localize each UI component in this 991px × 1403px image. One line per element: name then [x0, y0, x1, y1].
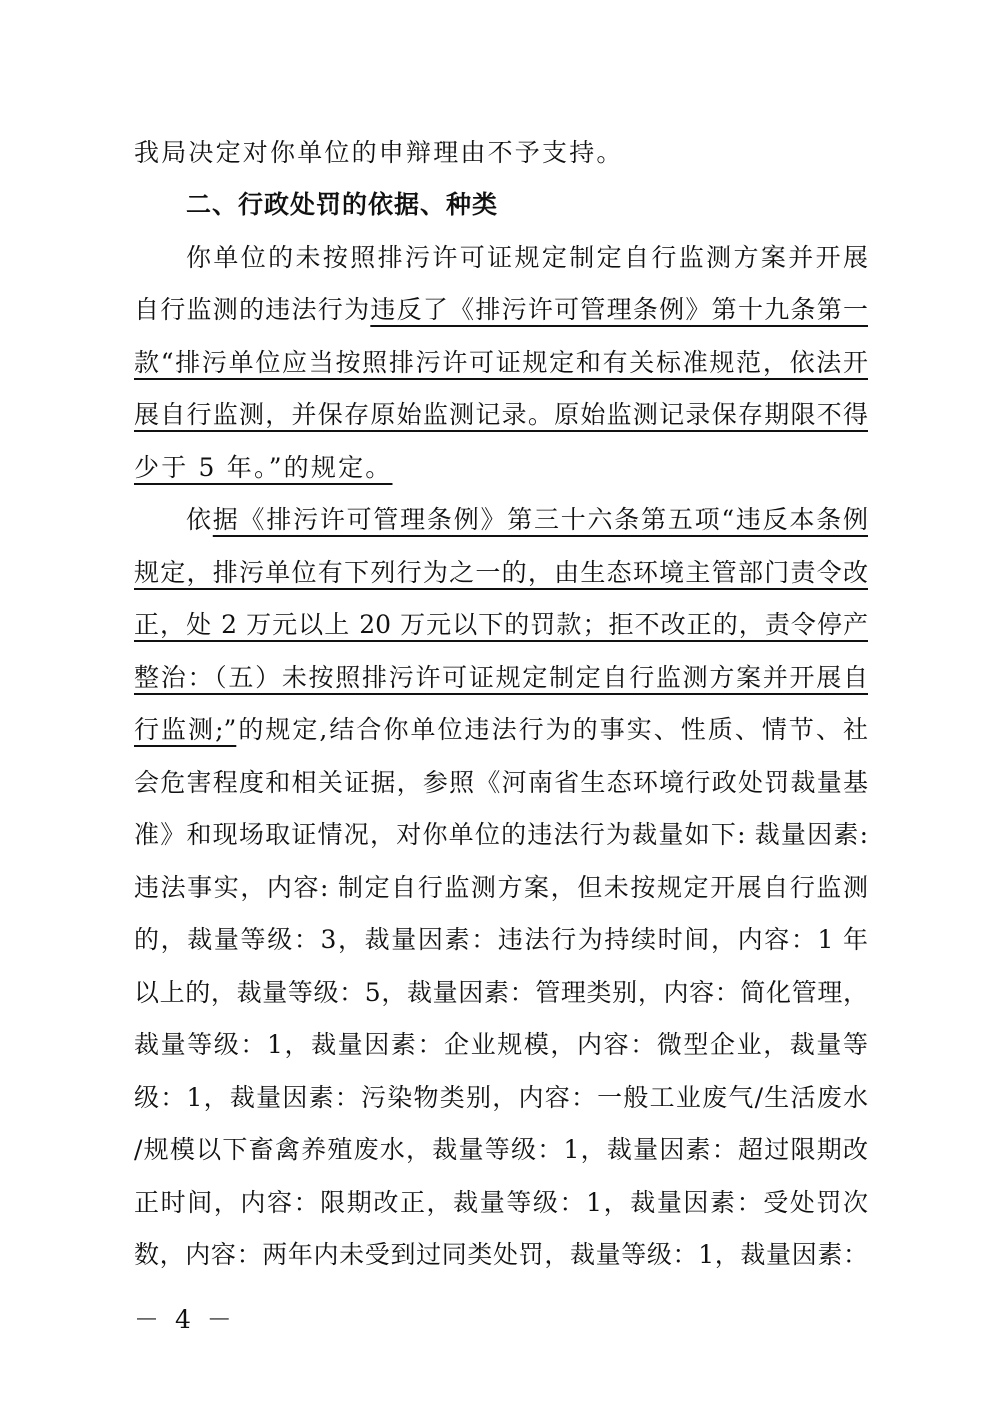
paragraph-line: 数，内容：两年内未受到过同类处罚，裁量等级：1，裁量因素：	[134, 1235, 868, 1275]
paragraph-line: 裁量等级：1，裁量因素：企业规模，内容：微型企业，裁量等	[134, 1025, 868, 1065]
text-span: 我局决定对你单位的申辩理由不予支持。	[134, 138, 624, 167]
paragraph-line: 款“排污单位应当按照排污许可证规定和有关标准规范，依法开	[134, 343, 868, 383]
paragraph-line: 级：1，裁量因素：污染物类别，内容：一般工业废气/生活废水	[134, 1078, 868, 1118]
text-span: 裁量等级：1，裁量因素：企业规模，内容：微型企业，裁量等	[134, 1030, 868, 1059]
text-span: /规模以下畜禽养殖废水，裁量等级：1，裁量因素：超过限期改	[134, 1135, 868, 1164]
paragraph-line: 行监测;”的规定,结合你单位违法行为的事实、性质、情节、社	[134, 710, 868, 750]
text-span: 级：1，裁量因素：污染物类别，内容：一般工业废气/生活废水	[134, 1083, 868, 1112]
text-span: 依	[186, 505, 213, 534]
paragraph-line: 展自行监测，并保存原始监测记录。原始监测记录保存期限不得	[134, 395, 868, 435]
paragraph-line: 准》和现场取证情况，对你单位的违法行为裁量如下: 裁量因素:	[134, 815, 868, 855]
text-span: 你单位的未按照排污许可证规定制定自行监测方案并开展	[186, 243, 868, 272]
paragraph-line: 以上的，裁量等级：5，裁量因素：管理类别，内容：简化管理，	[134, 973, 868, 1013]
paragraph-line: 正，处 2 万元以上 20 万元以下的罚款；拒不改正的，责令停产	[134, 605, 868, 645]
paragraph-line: 依据《排污许可管理条例》第三十六条第五项“违反本条例	[186, 500, 868, 540]
paragraph-line: 整治：（五）未按照排污许可证规定制定自行监测方案并开展自	[134, 658, 868, 698]
paragraph-line: 你单位的未按照排污许可证规定制定自行监测方案并开展	[186, 238, 868, 278]
paragraph-line: 自行监测的违法行为违反了《排污许可管理条例》第十九条第一	[134, 290, 868, 330]
paragraph-line: 的，裁量等级：3，裁量因素：违法行为持续时间，内容：1 年	[134, 920, 868, 960]
text-span: 会危害程度和相关证据，参照《河南省生态环境行政处罚裁量基	[134, 768, 868, 797]
text-span: 的规定,结合你单位违法行为的事实、性质、情节、社	[236, 715, 868, 744]
underlined-citation: 违反了《排污许可管理条例》第十九条第一	[370, 295, 868, 324]
paragraph-line: 正时间，内容：限期改正，裁量等级：1，裁量因素：受处罚次	[134, 1183, 868, 1223]
underlined-citation: 规定，排污单位有下列行为之一的，由生态环境主管部门责令改	[134, 558, 868, 587]
underlined-citation: 行监测;”	[134, 715, 236, 744]
paragraph-line: 规定，排污单位有下列行为之一的，由生态环境主管部门责令改	[134, 553, 868, 593]
paragraph-line: 会危害程度和相关证据，参照《河南省生态环境行政处罚裁量基	[134, 763, 868, 803]
paragraph-line: 我局决定对你单位的申辩理由不予支持。	[134, 133, 868, 173]
text-span: 准》和现场取证情况，对你单位的违法行为裁量如下: 裁量因素:	[134, 820, 868, 849]
heading-text: 二、行政处罚的依据、种类	[186, 190, 498, 219]
underlined-citation: 少于 5 年。”的规定。	[134, 453, 392, 482]
text-span: 以上的，裁量等级：5，裁量因素：管理类别，内容：简化管理，	[134, 978, 868, 1007]
text-span: 数，内容：两年内未受到过同类处罚，裁量等级：1，裁量因素：	[134, 1240, 868, 1269]
paragraph-line: 违法事实，内容: 制定自行监测方案，但未按规定开展自行监测	[134, 868, 868, 908]
paragraph-line: /规模以下畜禽养殖废水，裁量等级：1，裁量因素：超过限期改	[134, 1130, 868, 1170]
document-page: 我局决定对你单位的申辩理由不予支持。 二、行政处罚的依据、种类 你单位的未按照排…	[0, 0, 991, 1403]
text-span: 正时间，内容：限期改正，裁量等级：1，裁量因素：受处罚次	[134, 1188, 868, 1217]
underlined-citation: 据《排污许可管理条例》第三十六条第五项“违反本条例	[213, 505, 868, 534]
underlined-citation: 正，处 2 万元以上 20 万元以下的罚款；拒不改正的，责令停产	[134, 610, 868, 639]
underlined-citation: 展自行监测，并保存原始监测记录。原始监测记录保存期限不得	[134, 400, 868, 429]
paragraph-line: 少于 5 年。”的规定。	[134, 448, 868, 488]
underlined-citation: 整治：（五）未按照排污许可证规定制定自行监测方案并开展自	[134, 663, 868, 692]
underlined-citation: 款“排污单位应当按照排污许可证规定和有关标准规范，依法开	[134, 348, 868, 377]
section-heading: 二、行政处罚的依据、种类	[186, 185, 920, 225]
page-number: － 4 －	[134, 1300, 236, 1340]
text-span: 的，裁量等级：3，裁量因素：违法行为持续时间，内容：1 年	[134, 925, 868, 954]
text-span: 自行监测的违法行为	[134, 295, 370, 324]
text-span: 违法事实，内容: 制定自行监测方案，但未按规定开展自行监测	[134, 873, 868, 902]
